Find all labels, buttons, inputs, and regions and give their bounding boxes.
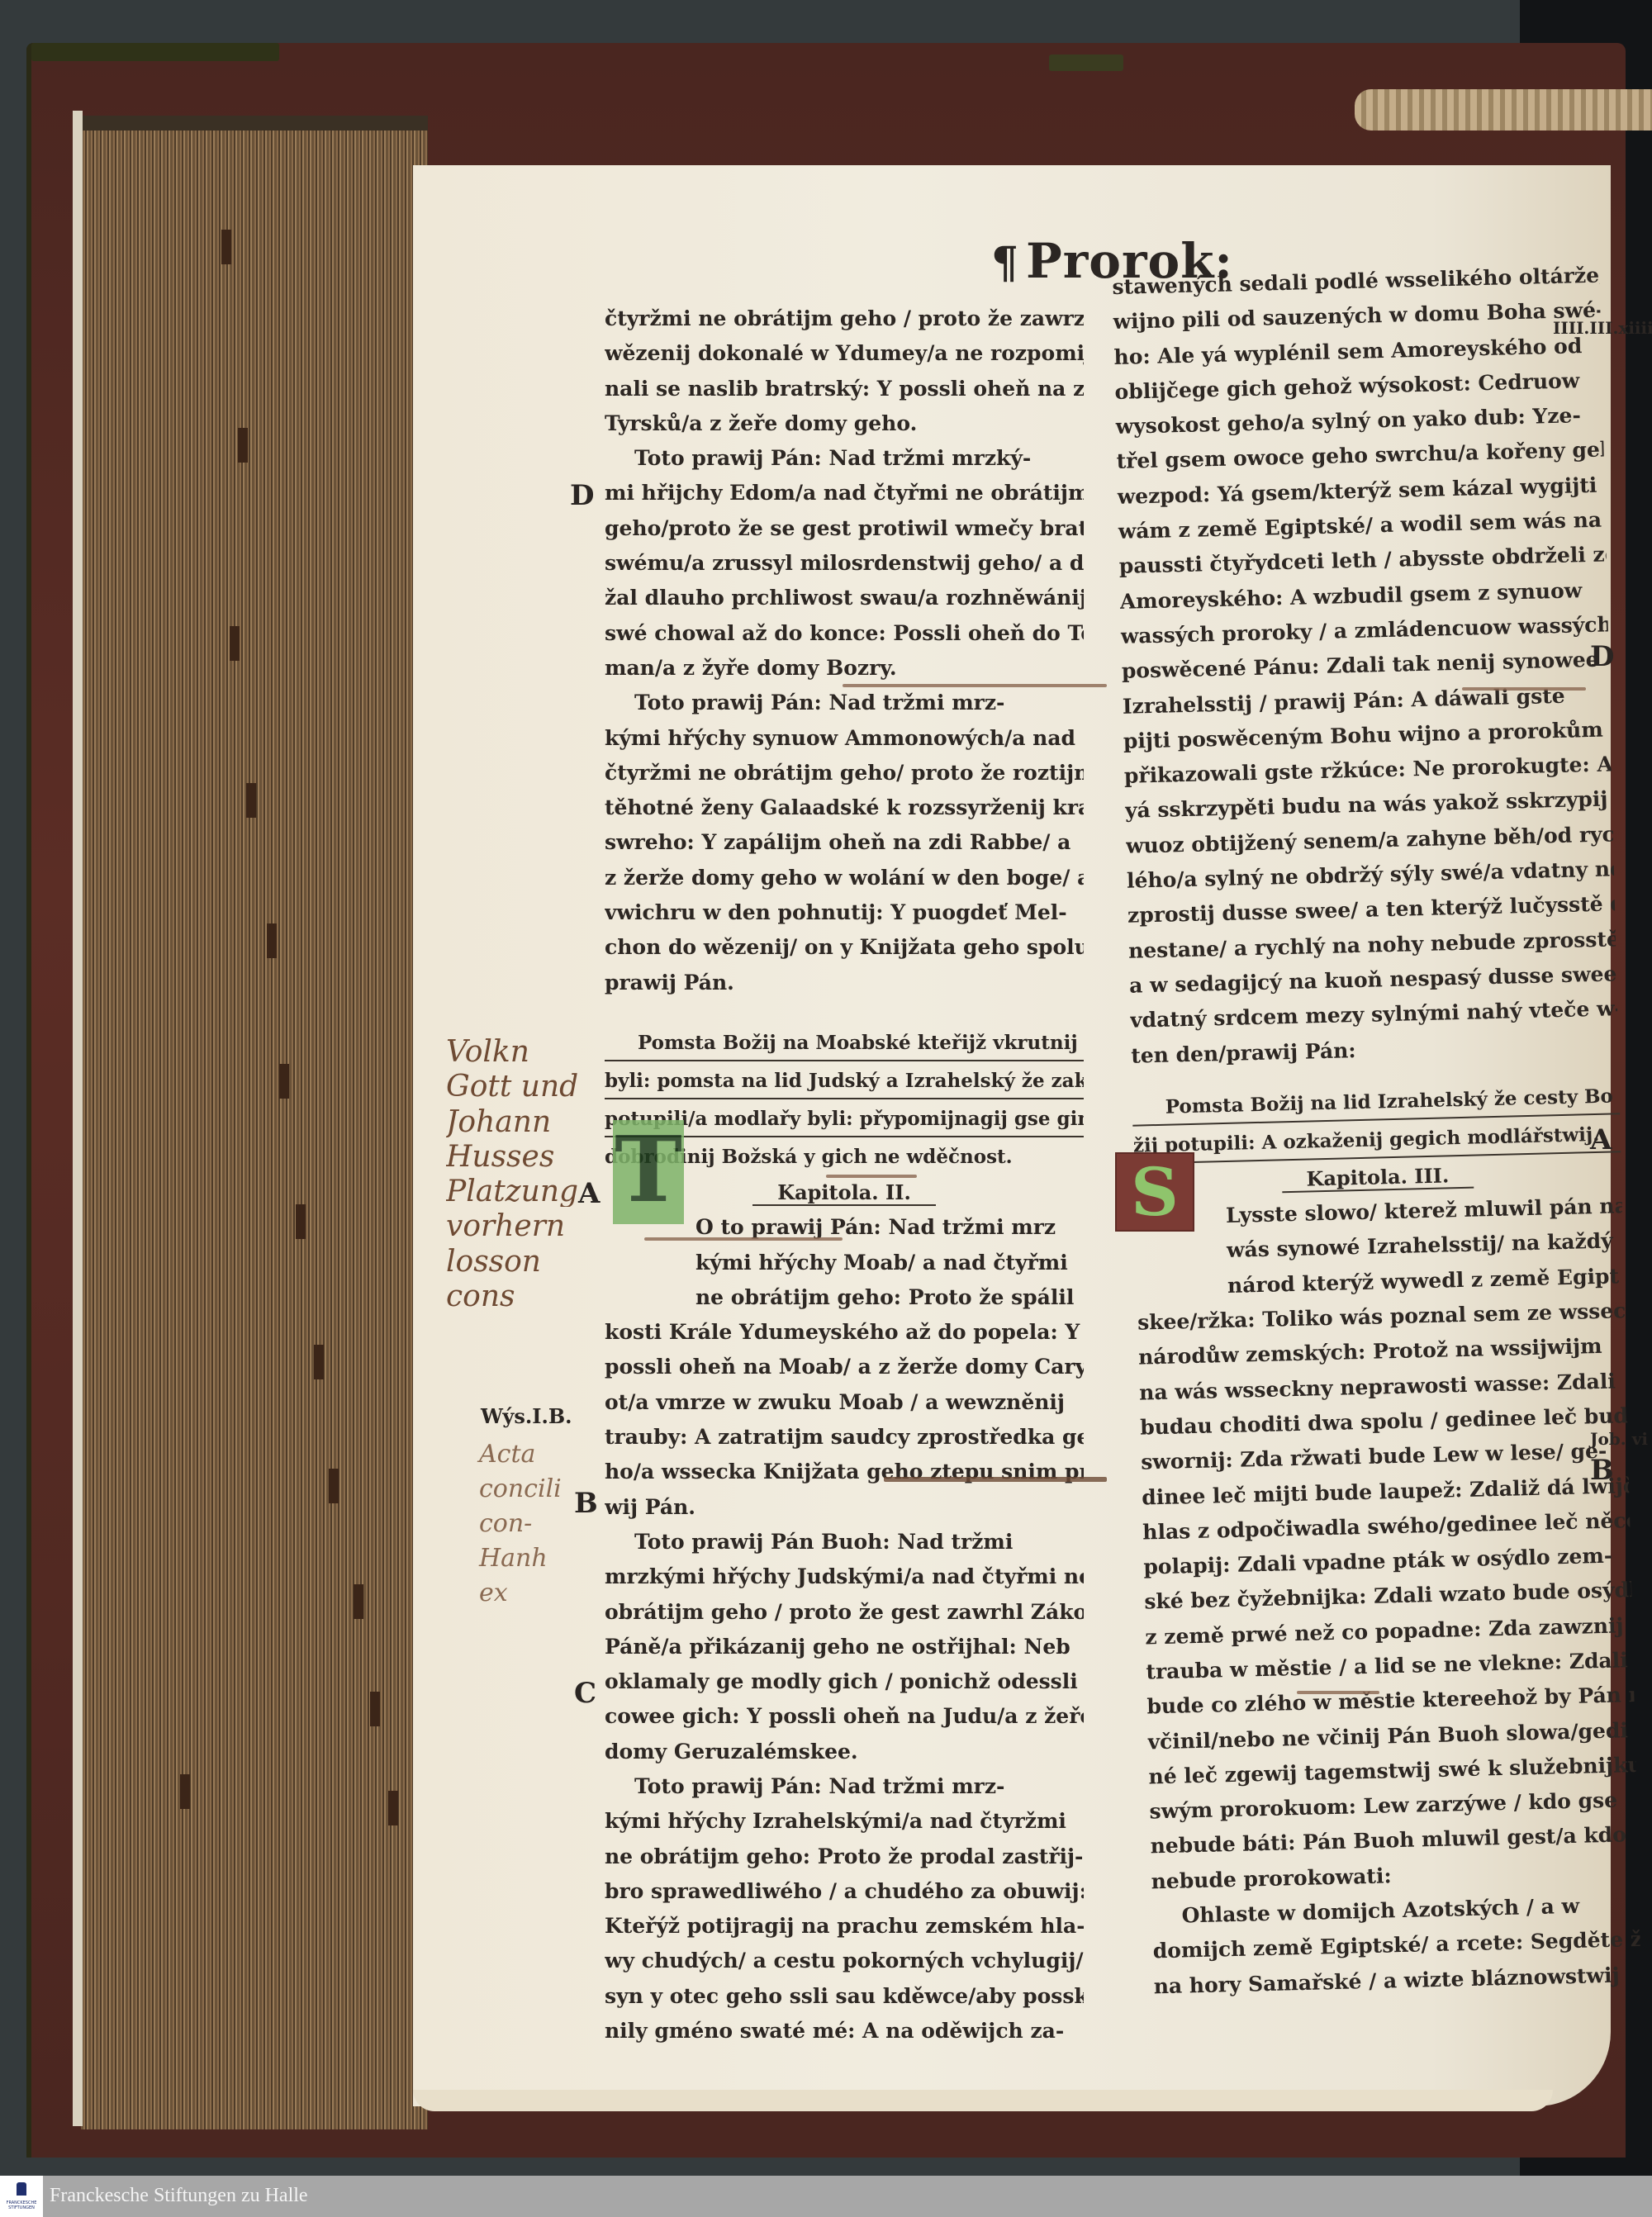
- margin-cross-reference: IIII.III.xiiii: [1553, 318, 1652, 338]
- text-line: wij Pán.: [605, 1490, 1084, 1525]
- margin-section-letter: C: [574, 1677, 596, 1710]
- handwritten-line: losson: [446, 1242, 578, 1277]
- text-line: mi hřijchy Edom/a nad čtyřmi ne obrátijm: [605, 476, 1084, 510]
- text-line: wy chudých/ a cestu pokorných vchylugij/…: [605, 1944, 1084, 1978]
- summary-line: Pomsta Božij na Moabské kteřijž vkrutnij: [605, 1025, 1084, 1061]
- text-line: Toto prawij Pán Buoh: Nad tržmi: [605, 1525, 1084, 1559]
- margin-cross-reference: Job. vi: [1590, 1429, 1648, 1449]
- text-line: Toto prawij Pán: Nad tržmi mrz-: [605, 686, 1084, 720]
- text-line: Toto prawij Pán: Nad tržmi mrz-: [605, 1769, 1084, 1804]
- thumb-tab: [314, 1345, 324, 1379]
- text-line: kými hřýchy Izrahelskými/a nad čtyržmi: [605, 1804, 1084, 1839]
- ink-underline: [843, 684, 1107, 687]
- text-line: těhotné ženy Galaadské k rozssyrženij kr…: [605, 790, 1084, 825]
- text-line: kými hřýchy Moab/ a nad čtyřmi: [605, 1246, 1084, 1280]
- text-line: possli oheň na Moab/ a z žerže domy Cary…: [605, 1350, 1084, 1384]
- handwritten-annotation: Acta concili con- Hanh ex: [479, 1437, 562, 1611]
- text-line: ne obrátijm geho: Proto že prodal zastři…: [605, 1840, 1084, 1874]
- handwritten-line: vorhern: [446, 1207, 578, 1241]
- handwritten-line: concili: [479, 1472, 562, 1507]
- text-line: čtyržmi ne obrátijm geho/ proto že rozti…: [605, 756, 1084, 790]
- handwritten-line: Platzung: [446, 1172, 578, 1207]
- spacer: [605, 1000, 1084, 1025]
- text-line: kosti Krále Ydumeyského až do popela: Y: [605, 1315, 1084, 1350]
- thumb-tab: [246, 783, 256, 818]
- margin-cross-reference: Wýs.I.B.: [481, 1404, 572, 1428]
- handwritten-line: Gott und: [446, 1067, 578, 1102]
- thumb-tab: [388, 1791, 398, 1825]
- text-line: cowee gich: Y possli oheň na Judu/a z že…: [605, 1699, 1084, 1734]
- pilcrow-icon: ¶: [991, 238, 1019, 288]
- attribution-bar: FRANCKESCHE STIFTUNGEN Franckesche Stift…: [0, 2176, 1652, 2217]
- handwritten-annotation: Volkn Gott und Johann Husses Platzung vo…: [446, 1033, 578, 1312]
- handwritten-line: ex: [479, 1576, 562, 1611]
- text-line: Kteřýž potijragij na prachu zemském hla-: [605, 1909, 1084, 1944]
- thumb-tab: [329, 1469, 339, 1503]
- logo-figure-icon: [17, 2182, 26, 2196]
- summary-line: byli: pomsta na lid Judský a Izrahelský …: [605, 1063, 1084, 1099]
- clasp-left: [31, 43, 279, 61]
- text-line: wězenij dokonalé w Ydumey/a ne rozpomij-: [605, 336, 1084, 371]
- margin-section-letter: B: [574, 1487, 598, 1520]
- text-line: trauby: A zatratijm saudcy zprostředka g…: [605, 1420, 1084, 1455]
- institution-logo: FRANCKESCHE STIFTUNGEN: [0, 2176, 43, 2217]
- margin-section-letter: D: [570, 479, 594, 512]
- text-line: obrátijm geho / proto že gest zawrhl Zák…: [605, 1595, 1084, 1630]
- text-line: ot/a vmrze w zwuku Moab / a wewzněnij: [605, 1385, 1084, 1420]
- thumb-tab: [296, 1204, 306, 1239]
- headband: [1355, 89, 1652, 131]
- margin-section-letter: A: [578, 1177, 600, 1210]
- ink-underline: [826, 1175, 917, 1178]
- thumb-index-marks: [81, 131, 428, 2129]
- chapter-heading-text: Kapitola. II.: [752, 1180, 936, 1206]
- clasp-right: [1049, 55, 1123, 71]
- handwritten-line: Volkn: [446, 1033, 578, 1067]
- margin-section-letter: D: [1590, 640, 1614, 673]
- text-line: swé chowal až do konce: Possli oheň do T…: [605, 616, 1084, 651]
- text-line: geho/proto že se gest protiwil wmečy bra…: [605, 511, 1084, 546]
- thumb-tab: [279, 1064, 289, 1099]
- ink-underline: [884, 1477, 1107, 1482]
- text-line: swreho: Y zapálijm oheň na zdi Rabbe/ a: [605, 825, 1084, 860]
- ink-underline: [1462, 687, 1586, 691]
- thumb-tab: [230, 626, 240, 661]
- handwritten-line: Acta: [479, 1437, 562, 1472]
- text-line: Tyrsků/a z žeře domy geho.: [605, 406, 1084, 441]
- page-bottom-edge: [413, 2090, 1553, 2111]
- thumb-tab: [180, 1774, 190, 1809]
- chapter-heading-text: Kapitola. III.: [1281, 1162, 1474, 1193]
- margin-section-letter: B: [1590, 1454, 1614, 1487]
- text-line: ho/a wssecka Knijžata geho ztepu snim pr…: [605, 1455, 1084, 1489]
- thumb-tab: [221, 230, 231, 264]
- text-line: chon do wězenij/ on y Knijžata geho spol…: [605, 930, 1084, 965]
- text-line: swému/a zrussyl milosrdenstwij geho/ a d…: [605, 546, 1084, 581]
- handwritten-line: Husses: [446, 1137, 578, 1172]
- text-line: žal dlauho prchliwost swau/a rozhněwánij: [605, 581, 1084, 615]
- thumb-tab: [370, 1692, 380, 1726]
- chapter-summary-right: Pomsta Božij na lid Izrahelský že cesty …: [1132, 1078, 1621, 1164]
- margin-section-letter: A: [1590, 1123, 1612, 1156]
- thumb-tab: [267, 923, 277, 958]
- text-line: prawij Pán.: [605, 966, 1084, 1000]
- handwritten-line: Johann: [446, 1103, 578, 1137]
- text-line: vwichru w den pohnutij: Y puogdeť Mel-: [605, 895, 1084, 930]
- text-line: nily gméno swaté mé: A na oděwijch za-: [605, 2014, 1084, 2048]
- logo-caption: FRANCKESCHE STIFTUNGEN: [3, 2200, 40, 2210]
- text-line: kými hřýchy synuow Ammonowých/a nad: [605, 721, 1084, 756]
- handwritten-line: con-: [479, 1507, 562, 1541]
- text-line: domy Geruzalémskee.: [605, 1735, 1084, 1769]
- text-column-right: stawených sedali podlé wsselikého oltárž…: [1112, 259, 1641, 2005]
- thumb-tab: [238, 428, 248, 463]
- ink-underline: [644, 1237, 843, 1241]
- text-line: nali se naslib bratrský: Y possli oheň n…: [605, 372, 1084, 406]
- page-block-edge: [81, 116, 428, 2129]
- thumb-tab: [354, 1584, 363, 1619]
- text-line: Páně/a přikázanij geho ne ostřijhal: Neb: [605, 1630, 1084, 1664]
- text-line: syn y otec geho ssli sau kděwce/aby poss…: [605, 1979, 1084, 2014]
- handwritten-line: cons: [446, 1277, 578, 1312]
- decorated-initial-t: T: [613, 1120, 684, 1224]
- institution-name: Franckesche Stiftungen zu Halle: [50, 2185, 308, 2207]
- text-line: Toto prawij Pán: Nad tržmi mrzký-: [605, 441, 1084, 476]
- handwritten-line: Hanh: [479, 1541, 562, 1576]
- text-line: bro sprawedliwého / a chudého za obuwij:: [605, 1874, 1084, 1909]
- text-line: ne obrátijm geho: Proto že spálil: [605, 1280, 1084, 1315]
- text-line: mrzkými hřýchy Judskými/a nad čtyřmi ne: [605, 1559, 1084, 1594]
- text-line: z žerže domy geho w wolání w den boge/ a: [605, 861, 1084, 895]
- decorated-initial-s: S: [1115, 1152, 1194, 1232]
- text-line: man/a z žyře domy Bozry.: [605, 651, 1084, 686]
- logo-caption-line: STIFTUNGEN: [3, 2205, 40, 2210]
- text-line: čtyržmi ne obrátijm geho / proto že zawr…: [605, 301, 1084, 336]
- ink-underline: [1297, 1691, 1379, 1694]
- text-line: oklamaly ge modly gich / ponichž odessli…: [605, 1664, 1084, 1699]
